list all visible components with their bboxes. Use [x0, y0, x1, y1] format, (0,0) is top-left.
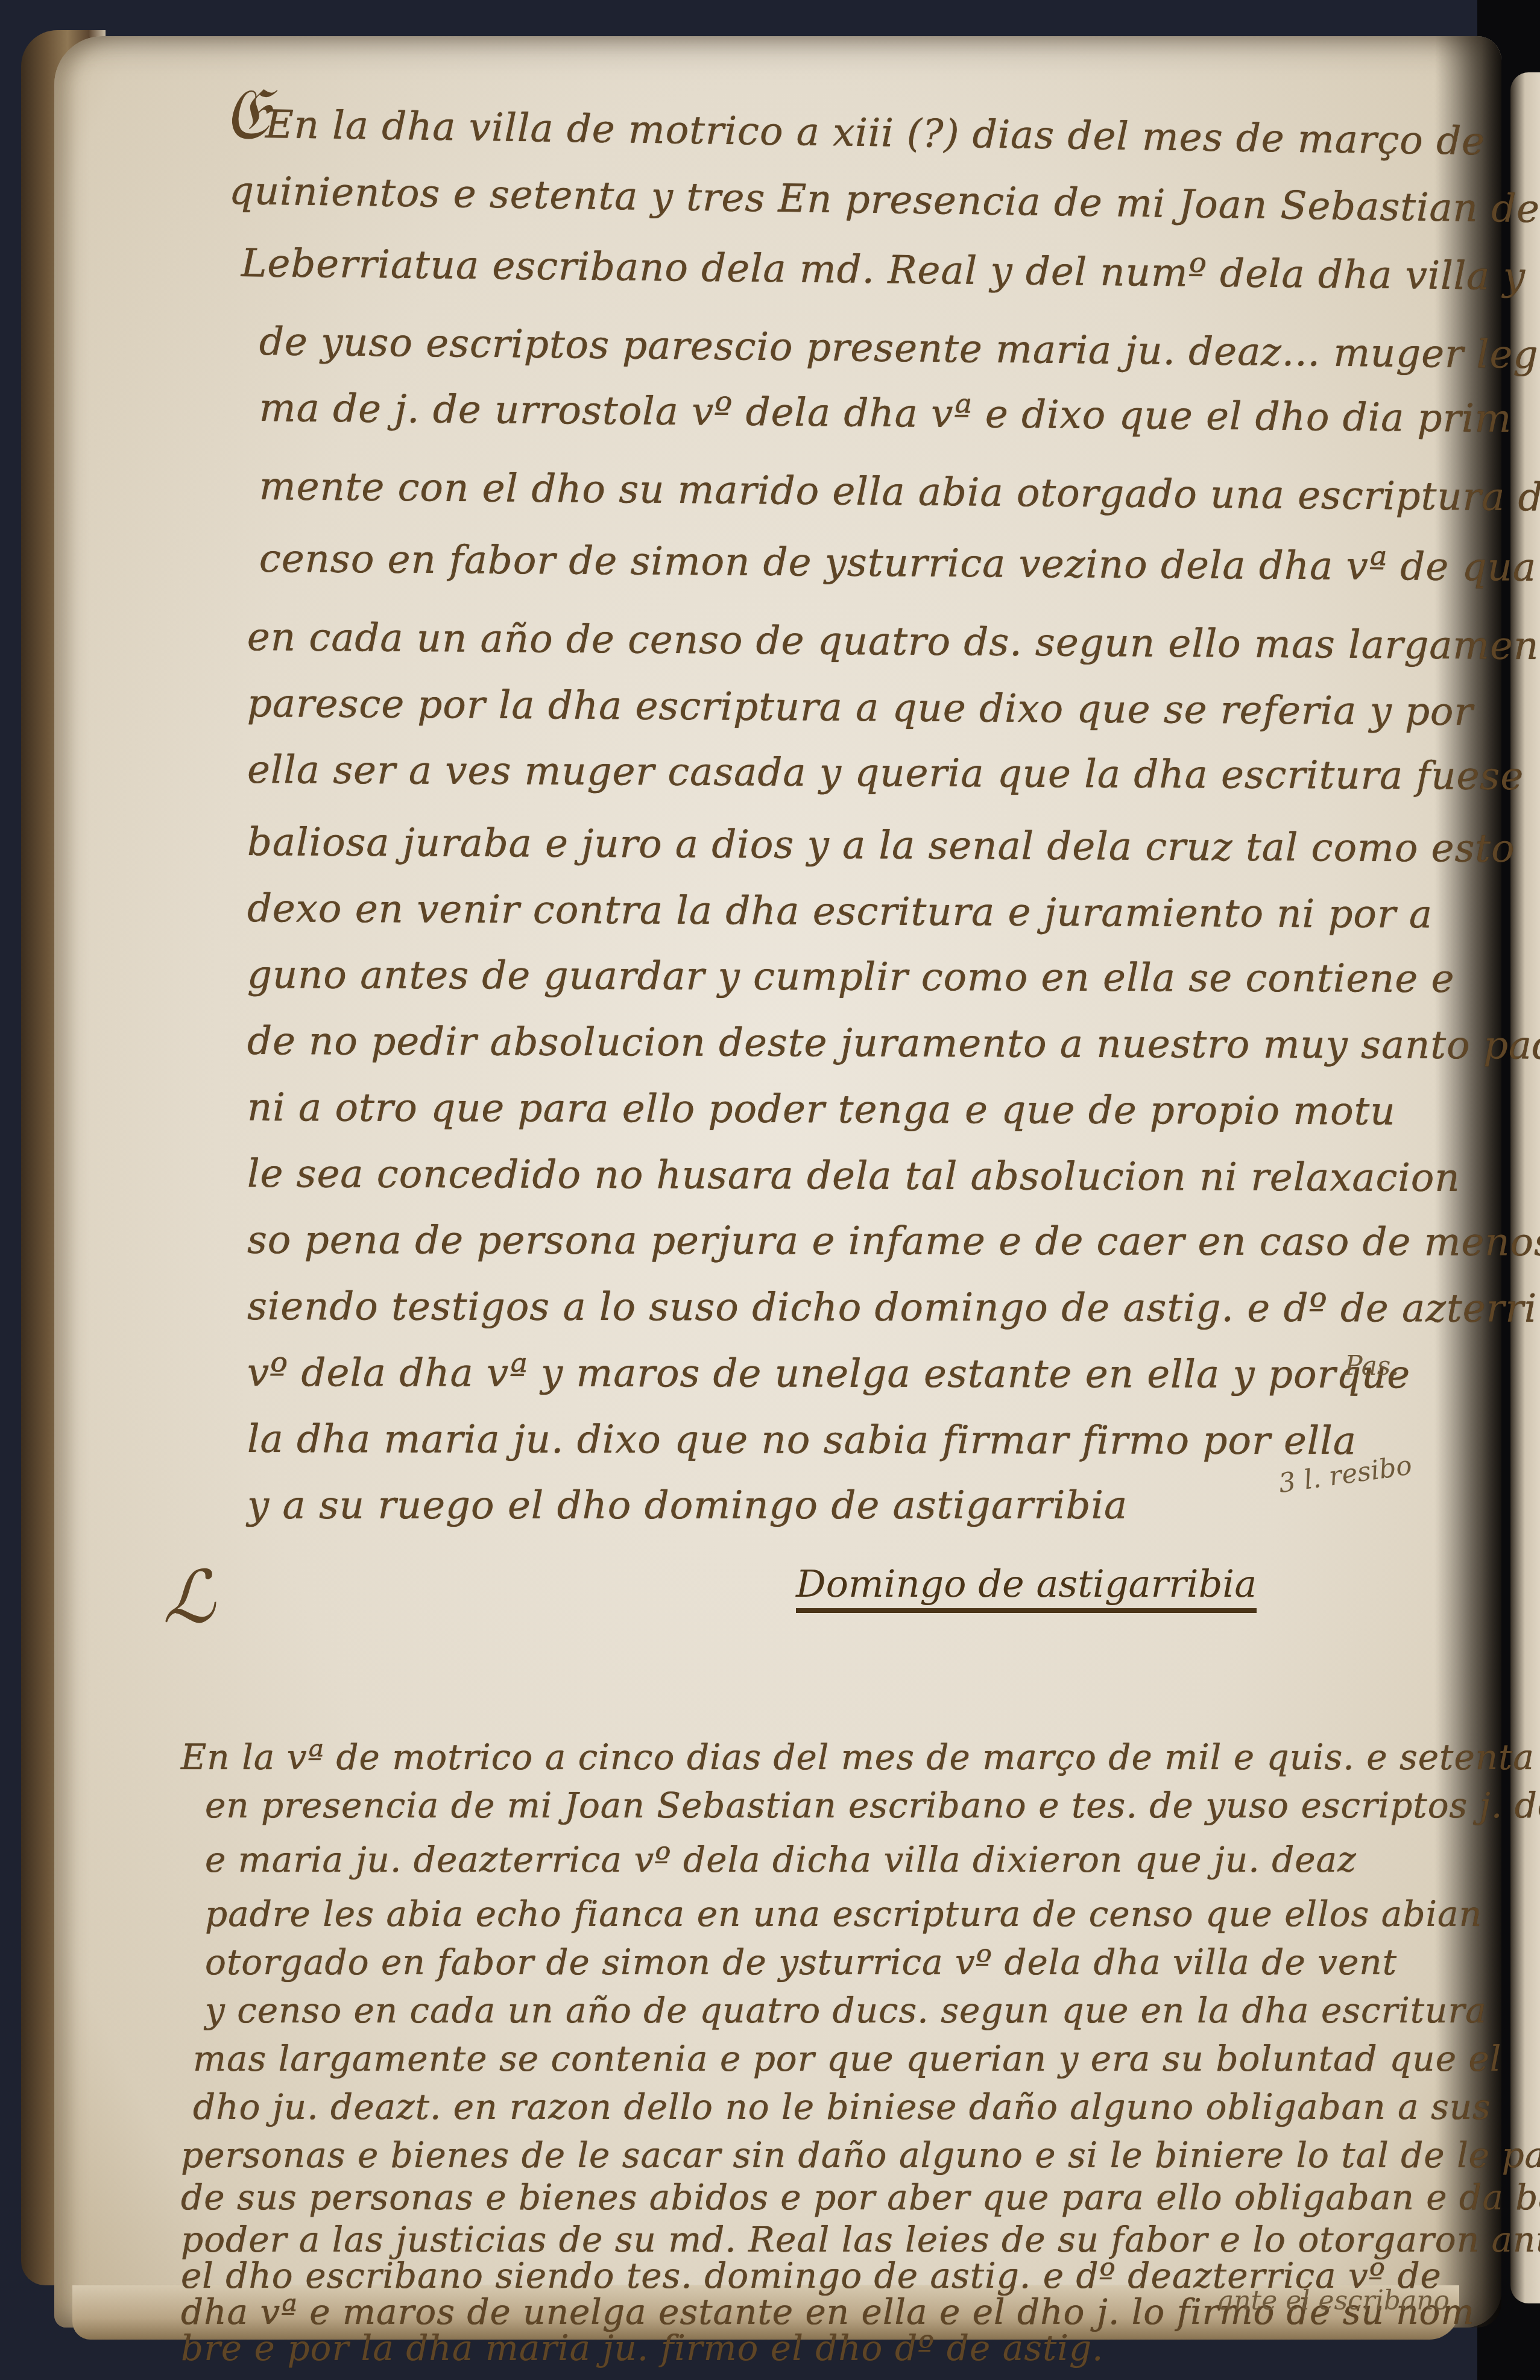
- text-line: baliosa juraba e juro a dios y a la sena…: [247, 820, 1515, 871]
- text-line: so pena de persona perjura e infame e de…: [247, 1218, 1540, 1265]
- text-line: personas e bienes de le sacar sin daño a…: [181, 2135, 1540, 2176]
- text-line: de sus personas e bienes abidos e por ab…: [181, 2177, 1540, 2218]
- next-page-edge: [1510, 72, 1540, 2303]
- initial-flourish: 𝔈: [223, 72, 268, 157]
- text-line: paresce por la dha escriptura a que dixo…: [247, 681, 1474, 734]
- text-line: otorgado en fabor de simon de ysturrica …: [205, 1942, 1397, 1983]
- text-line: en cada un año de censo de quatro ds. se…: [247, 615, 1539, 669]
- text-line: padre les abia echo fianca en una escrip…: [205, 1893, 1482, 1934]
- text-line: y censo en cada un año de quatro ducs. s…: [205, 1990, 1487, 2031]
- text-line: ella ser a ves muger casada y queria que…: [247, 748, 1524, 799]
- text-line: poder a las justicias de su md. Real las…: [181, 2219, 1540, 2260]
- text-line: dho ju. deazt. en razon dello no le bini…: [193, 2086, 1491, 2127]
- text-line: mas largamente se contenia e por que que…: [193, 2038, 1501, 2079]
- text-line: le sea concedido no husara dela tal abso…: [247, 1152, 1460, 1201]
- text-line: e maria ju. deazterrica vº dela dicha vi…: [205, 1839, 1357, 1880]
- text-line: guno antes de guardar y cumplir como en …: [247, 953, 1455, 1002]
- text-line: dexo en venir contra la dha escritura e …: [247, 886, 1433, 937]
- text-line: la dha maria ju. dixo que no sabia firma…: [247, 1417, 1357, 1463]
- text-line: y a su ruego el dho domingo de astigarri…: [247, 1483, 1128, 1528]
- signature: Domingo de astigarribia: [796, 1562, 1257, 1613]
- text-line: ni a otro que para ello poder tenga e qu…: [247, 1085, 1396, 1134]
- text-line: censo en fabor de simon de ysturrica vez…: [259, 537, 1536, 590]
- paragraph-flourish: ℒ: [163, 1556, 215, 1640]
- text-line: En la vª de motrico a cinco dias del mes…: [181, 1737, 1540, 1778]
- margin-note: ante el escribano: [1218, 2285, 1450, 2316]
- text-line: vº dela dha vª y maros de unelga estante…: [247, 1351, 1410, 1397]
- text-line: en presencia de mi Joan Sebastian escrib…: [205, 1785, 1540, 1826]
- margin-note: Pas.: [1345, 1351, 1399, 1381]
- text-line: bre e por la dha maria ju. firmo el dho …: [181, 2328, 1103, 2369]
- text-line: siendo testigos a lo suso dicho domingo …: [247, 1284, 1537, 1331]
- text-line: de no pedir absolucion deste juramento a…: [247, 1019, 1540, 1068]
